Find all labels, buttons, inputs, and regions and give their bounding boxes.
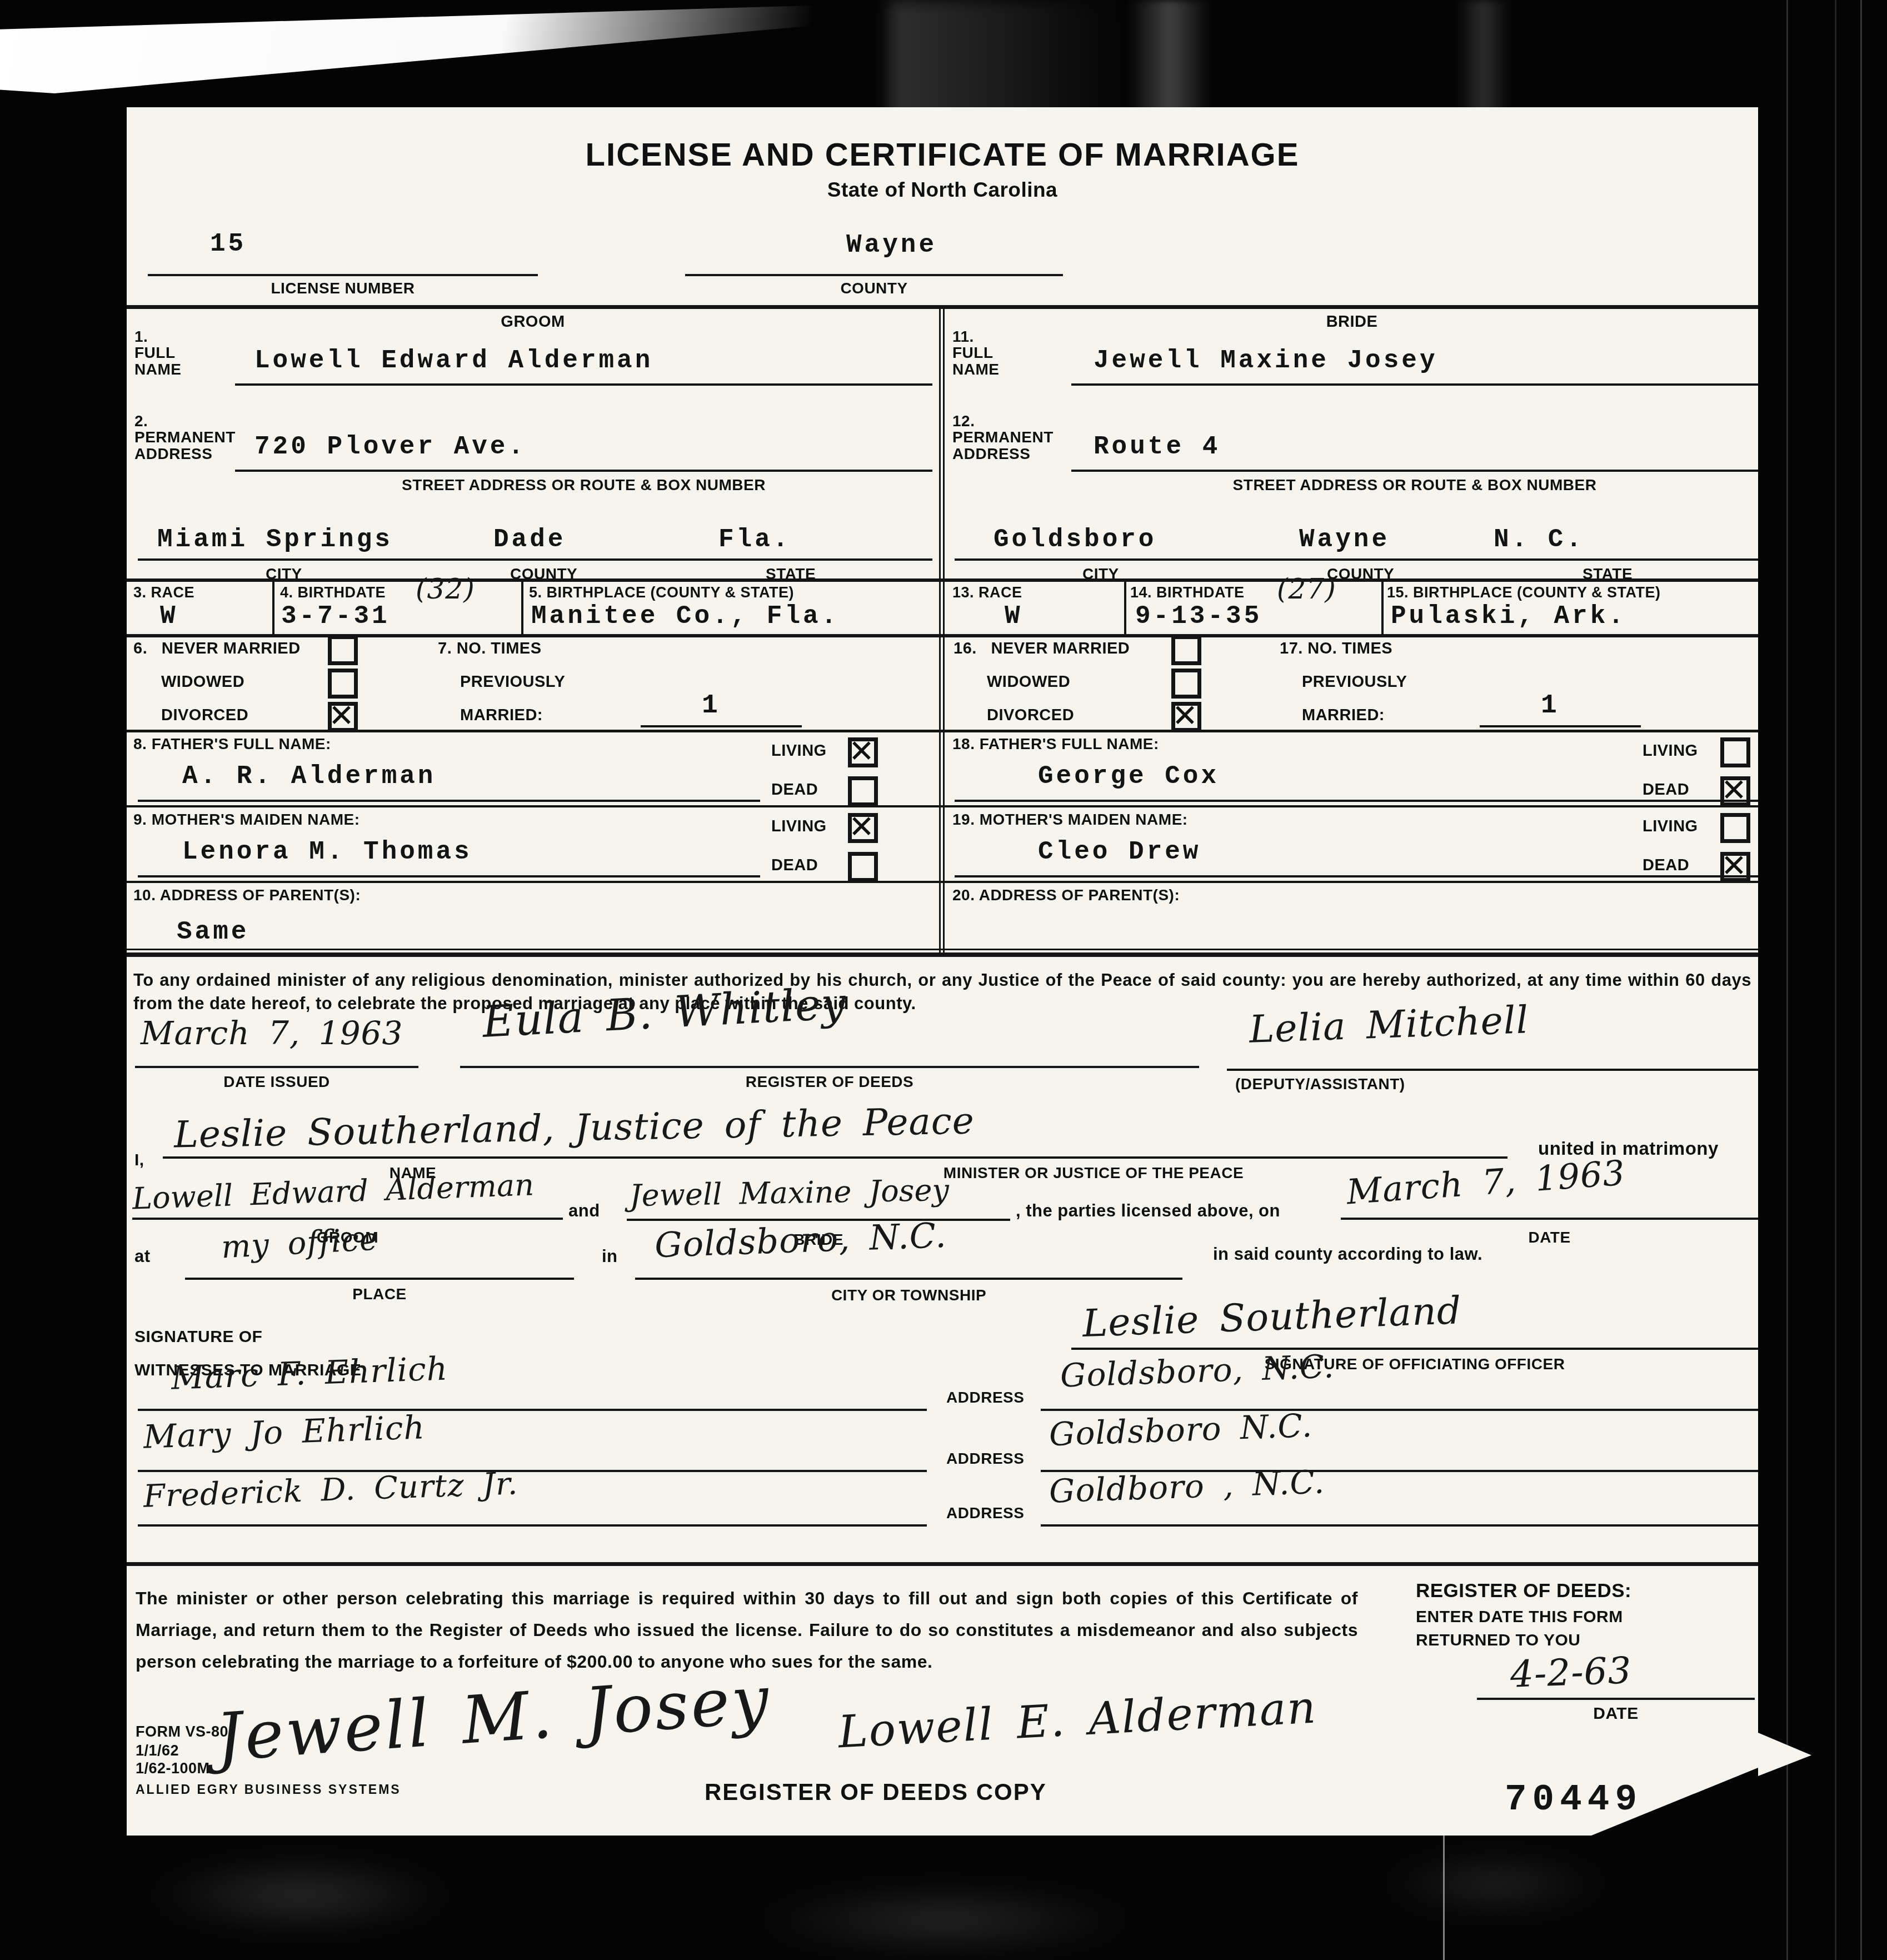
place-line bbox=[185, 1278, 574, 1280]
witness-line bbox=[138, 1524, 927, 1527]
groom-city-value: Miami Springs bbox=[157, 525, 393, 554]
marriage-date-line bbox=[1341, 1218, 1758, 1220]
bride-fullname-value: Jewell Maxine Josey bbox=[1094, 346, 1438, 375]
form-date: 1/1/62 bbox=[136, 1742, 179, 1759]
serial-number: 70449 bbox=[1505, 1779, 1643, 1821]
bride-city-value: Goldsboro bbox=[994, 525, 1156, 554]
officiant-name-handwritten: Leslie Southerland, Justice of the Peace bbox=[173, 1099, 975, 1156]
groom-mother-value: Lenora M. Thomas bbox=[182, 837, 472, 866]
witness-address-line bbox=[1041, 1409, 1758, 1411]
document-subtitle: State of North Carolina bbox=[127, 178, 1758, 202]
witness-signature: Frederick D. Curtz Jr. bbox=[143, 1465, 518, 1514]
bride-divorced-checkbox bbox=[1171, 702, 1201, 732]
groom-parents-label: 10. ADDRESS OF PARENT(S): bbox=[133, 886, 361, 904]
witness-address: Goldsboro, N.C. bbox=[1060, 1347, 1335, 1394]
at-text: at bbox=[134, 1246, 151, 1266]
witness-signature: Marc F. Ehrlich bbox=[171, 1349, 448, 1397]
groom-father-dead-checkbox bbox=[848, 776, 878, 806]
bride-age-note: (27) bbox=[1277, 573, 1336, 605]
bride-address-line bbox=[1071, 470, 1758, 472]
father-rule bbox=[127, 805, 1758, 807]
bride-father-line bbox=[955, 800, 1758, 802]
date-issued-value: March 7, 1963 bbox=[141, 1014, 403, 1052]
groom-mother-label: 9. MOTHER'S MAIDEN NAME: bbox=[133, 811, 360, 829]
bride-section-label: BRIDE bbox=[946, 313, 1758, 331]
bride-times-label: 17. NO. TIMES bbox=[1280, 640, 1392, 658]
groom-father-living-label: LIVING bbox=[771, 742, 827, 760]
bride-father-living-checkbox bbox=[1720, 737, 1750, 767]
groom-birthplace-label: 5. BIRTHPLACE (COUNTY & STATE) bbox=[529, 584, 794, 601]
witness-line bbox=[138, 1470, 927, 1472]
place-label: PLACE bbox=[185, 1285, 574, 1303]
bride-father-living-label: LIVING bbox=[1643, 742, 1698, 760]
bride-state-value: N. C. bbox=[1494, 525, 1584, 554]
film-smudge bbox=[750, 1878, 1139, 1960]
groom-divorced-label: DIVORCED bbox=[161, 706, 248, 725]
groom-father-label: 8. FATHER'S FULL NAME: bbox=[133, 735, 331, 753]
rod-line1: ENTER DATE THIS FORM bbox=[1416, 1608, 1623, 1627]
film-smudge bbox=[144, 1851, 456, 1939]
bride-bottom-signature: Jewell M. Josey bbox=[213, 1660, 773, 1776]
bride-birthdate-value: 9-13-35 bbox=[1135, 602, 1262, 631]
bride-mother-value: Cleo Drew bbox=[1038, 837, 1201, 866]
film-streak bbox=[0, 4, 911, 93]
and-text: and bbox=[568, 1201, 600, 1221]
groom-address-line bbox=[235, 470, 932, 472]
bride-married-label: MARRIED: bbox=[1302, 706, 1385, 725]
bride-race-label: 13. RACE bbox=[952, 584, 1022, 601]
document-title: LICENSE AND CERTIFICATE OF MARRIAGE bbox=[127, 136, 1758, 173]
groom-parents-value: Same bbox=[177, 917, 249, 946]
city-line bbox=[635, 1278, 1182, 1280]
cell-divider bbox=[1381, 578, 1384, 634]
section-rule bbox=[127, 949, 1758, 950]
bride-address-label: 12. PERMANENT ADDRESS bbox=[952, 413, 1054, 462]
groom-never-married-checkbox bbox=[328, 635, 358, 665]
groom-previously-label: PREVIOUSLY bbox=[460, 673, 565, 691]
groom-age-note: (32) bbox=[416, 573, 475, 605]
groom-married-label: MARRIED: bbox=[460, 706, 543, 725]
bride-street-sublabel: STREET ADDRESS OR ROUTE & BOX NUMBER bbox=[1071, 476, 1758, 494]
bride-times-married-value: 1 bbox=[1541, 691, 1560, 721]
witness-address-line bbox=[1041, 1524, 1758, 1527]
groom-father-value: A. R. Alderman bbox=[182, 762, 436, 791]
parties-text: , the parties licensed above, on bbox=[1016, 1201, 1280, 1221]
groom-address-value: 720 Plover Ave. bbox=[254, 432, 526, 461]
groom-father-line bbox=[138, 800, 760, 802]
bride-widowed-checkbox bbox=[1171, 669, 1201, 699]
groom-race-label: 3. RACE bbox=[133, 584, 194, 601]
groom-race-value: W bbox=[160, 602, 178, 631]
groom-state-value: Fla. bbox=[718, 525, 791, 554]
address-label: ADDRESS bbox=[946, 1450, 1024, 1468]
place-handwritten: my office bbox=[220, 1221, 379, 1266]
column-divider bbox=[939, 305, 945, 954]
footer-rule bbox=[127, 1562, 1758, 1566]
county-value: Wayne bbox=[846, 231, 937, 260]
groom-name-line bbox=[132, 1218, 563, 1220]
groom-mother-living-checkbox bbox=[848, 813, 878, 843]
printer-name: ALLIED EGRY BUSINESS SYSTEMS bbox=[136, 1782, 401, 1797]
marriage-date-handwritten: March 7, 1963 bbox=[1345, 1153, 1626, 1213]
bride-father-label: 18. FATHER'S FULL NAME: bbox=[952, 735, 1159, 753]
license-number-line bbox=[148, 274, 538, 276]
groom-county-value: Dade bbox=[493, 525, 566, 554]
groom-times-line bbox=[641, 725, 802, 727]
bride-birthplace-value: Pulaski, Ark. bbox=[1391, 602, 1626, 631]
form-run: 1/62-100M bbox=[136, 1760, 210, 1777]
officiant-line bbox=[163, 1156, 1507, 1159]
bride-never-married-checkbox bbox=[1171, 635, 1201, 665]
marital-rule bbox=[127, 730, 1758, 732]
date-issued-label: DATE ISSUED bbox=[135, 1073, 418, 1091]
groom-fullname-value: Lowell Edward Alderman bbox=[254, 346, 653, 375]
date-issued-line bbox=[135, 1066, 418, 1068]
register-line bbox=[460, 1066, 1199, 1068]
bride-city-line bbox=[955, 558, 1758, 561]
rod-date-handwritten: 4-2-63 bbox=[1510, 1649, 1633, 1696]
rod-line2: RETURNED TO YOU bbox=[1416, 1631, 1580, 1650]
groom-widowed-checkbox bbox=[328, 669, 358, 699]
deputy-label: (DEPUTY/ASSISTANT) bbox=[1235, 1075, 1405, 1093]
bride-father-value: George Cox bbox=[1038, 762, 1219, 791]
groom-city-line bbox=[138, 558, 932, 561]
film-scratch bbox=[1786, 0, 1788, 1960]
groom-bottom-signature: Lowell E. Alderman bbox=[837, 1682, 1318, 1758]
bride-parents-label: 20. ADDRESS OF PARENT(S): bbox=[952, 886, 1180, 904]
groom-never-married-label: 6. NEVER MARRIED bbox=[133, 640, 301, 658]
mother-rule bbox=[127, 881, 1758, 883]
groom-birthplace-value: Manitee Co., Fla. bbox=[531, 602, 839, 631]
address-label: ADDRESS bbox=[946, 1504, 1024, 1522]
license-number-label: LICENSE NUMBER bbox=[148, 280, 538, 297]
groom-divorced-checkbox bbox=[328, 702, 358, 732]
cell-divider bbox=[272, 578, 274, 634]
deputy-signature: Lelia Mitchell bbox=[1249, 998, 1530, 1052]
rod-header: REGISTER OF DEEDS: bbox=[1416, 1580, 1631, 1602]
county-label: COUNTY bbox=[685, 280, 1063, 297]
deputy-line bbox=[1227, 1069, 1758, 1071]
rod-date-line bbox=[1477, 1698, 1755, 1700]
race-row-bottom-rule bbox=[127, 634, 1758, 637]
i-text: I, bbox=[134, 1151, 144, 1170]
register-label: REGISTER OF DEEDS bbox=[460, 1073, 1199, 1091]
groom-widowed-label: WIDOWED bbox=[161, 673, 244, 691]
race-row-top-rule bbox=[127, 578, 1758, 582]
groom-birthdate-value: 3-7-31 bbox=[281, 602, 390, 631]
groom-father-dead-label: DEAD bbox=[771, 781, 818, 799]
bride-widowed-label: WIDOWED bbox=[987, 673, 1070, 691]
bride-mother-living-label: LIVING bbox=[1643, 817, 1698, 836]
form-code: FORM VS-80 bbox=[136, 1723, 228, 1740]
bride-race-value: W bbox=[1005, 602, 1023, 631]
license-number-value: 15 bbox=[210, 230, 246, 258]
groom-mother-dead-checkbox bbox=[848, 852, 878, 882]
film-scratch bbox=[1835, 0, 1836, 1960]
witness-line bbox=[138, 1409, 927, 1411]
cell-divider bbox=[521, 578, 523, 634]
groom-birthdate-label: 4. BIRTHDATE bbox=[280, 584, 386, 601]
city-handwritten: Goldsboro, N.C. bbox=[654, 1215, 947, 1265]
witness-address: Goldsboro N.C. bbox=[1049, 1407, 1313, 1454]
copy-label: REGISTER OF DEEDS COPY bbox=[705, 1779, 1047, 1806]
groom-mother-dead-label: DEAD bbox=[771, 856, 818, 875]
bride-mother-line bbox=[955, 875, 1758, 877]
in-text: in bbox=[602, 1246, 618, 1266]
bride-mother-label: 19. MOTHER'S MAIDEN NAME: bbox=[952, 811, 1188, 829]
bride-previously-label: PREVIOUSLY bbox=[1302, 673, 1407, 691]
cell-divider bbox=[1124, 578, 1126, 634]
signature-of-label: SIGNATURE OF bbox=[134, 1328, 262, 1346]
bride-address-value: Route 4 bbox=[1094, 432, 1220, 461]
bride-mother-dead-label: DEAD bbox=[1643, 856, 1689, 875]
witness-signature: Mary Jo Ehrlich bbox=[143, 1408, 426, 1456]
document-corner bbox=[1758, 1733, 1811, 1776]
bride-never-married-label: 16. NEVER MARRIED bbox=[954, 640, 1130, 658]
groom-street-sublabel: STREET ADDRESS OR ROUTE & BOX NUMBER bbox=[235, 476, 932, 494]
bride-name-handwritten: Jewell Maxine Josey bbox=[629, 1173, 949, 1213]
groom-father-living-checkbox bbox=[848, 737, 878, 767]
film-smudge bbox=[1378, 1845, 1611, 1923]
groom-mother-line bbox=[138, 875, 760, 877]
groom-times-married-value: 1 bbox=[702, 691, 721, 721]
officiating-line bbox=[1071, 1348, 1758, 1350]
bride-fullname-line bbox=[1071, 383, 1758, 386]
groom-fullname-line bbox=[235, 383, 932, 386]
marriage-certificate-document: LICENSE AND CERTIFICATE OF MARRIAGE Stat… bbox=[127, 107, 1758, 1836]
section-rule bbox=[127, 952, 1758, 957]
bride-divorced-label: DIVORCED bbox=[987, 706, 1074, 725]
county-line bbox=[685, 274, 1063, 276]
groom-section-label: GROOM bbox=[127, 313, 939, 331]
bride-times-line bbox=[1480, 725, 1641, 727]
groom-mother-living-label: LIVING bbox=[771, 817, 827, 836]
address-label: ADDRESS bbox=[946, 1389, 1024, 1407]
film-scan-frame: LICENSE AND CERTIFICATE OF MARRIAGE Stat… bbox=[0, 0, 1887, 1960]
film-scratch bbox=[1860, 0, 1862, 1960]
bride-county-value: Wayne bbox=[1299, 525, 1390, 554]
bride-fullname-label: 11. FULL NAME bbox=[952, 328, 999, 377]
groom-times-label: 7. NO. TIMES bbox=[438, 640, 541, 658]
law-text: in said county according to law. bbox=[1213, 1244, 1482, 1264]
bride-birthplace-label: 15. BIRTHPLACE (COUNTY & STATE) bbox=[1387, 584, 1661, 601]
bride-father-dead-label: DEAD bbox=[1643, 781, 1689, 799]
bride-mother-living-checkbox bbox=[1720, 813, 1750, 843]
groom-address-label: 2. PERMANENT ADDRESS bbox=[134, 413, 236, 462]
groom-fullname-label: 1. FULL NAME bbox=[134, 328, 181, 377]
bride-birthdate-label: 14. BIRTHDATE bbox=[1130, 584, 1245, 601]
rod-date-label: DATE bbox=[1477, 1704, 1755, 1723]
